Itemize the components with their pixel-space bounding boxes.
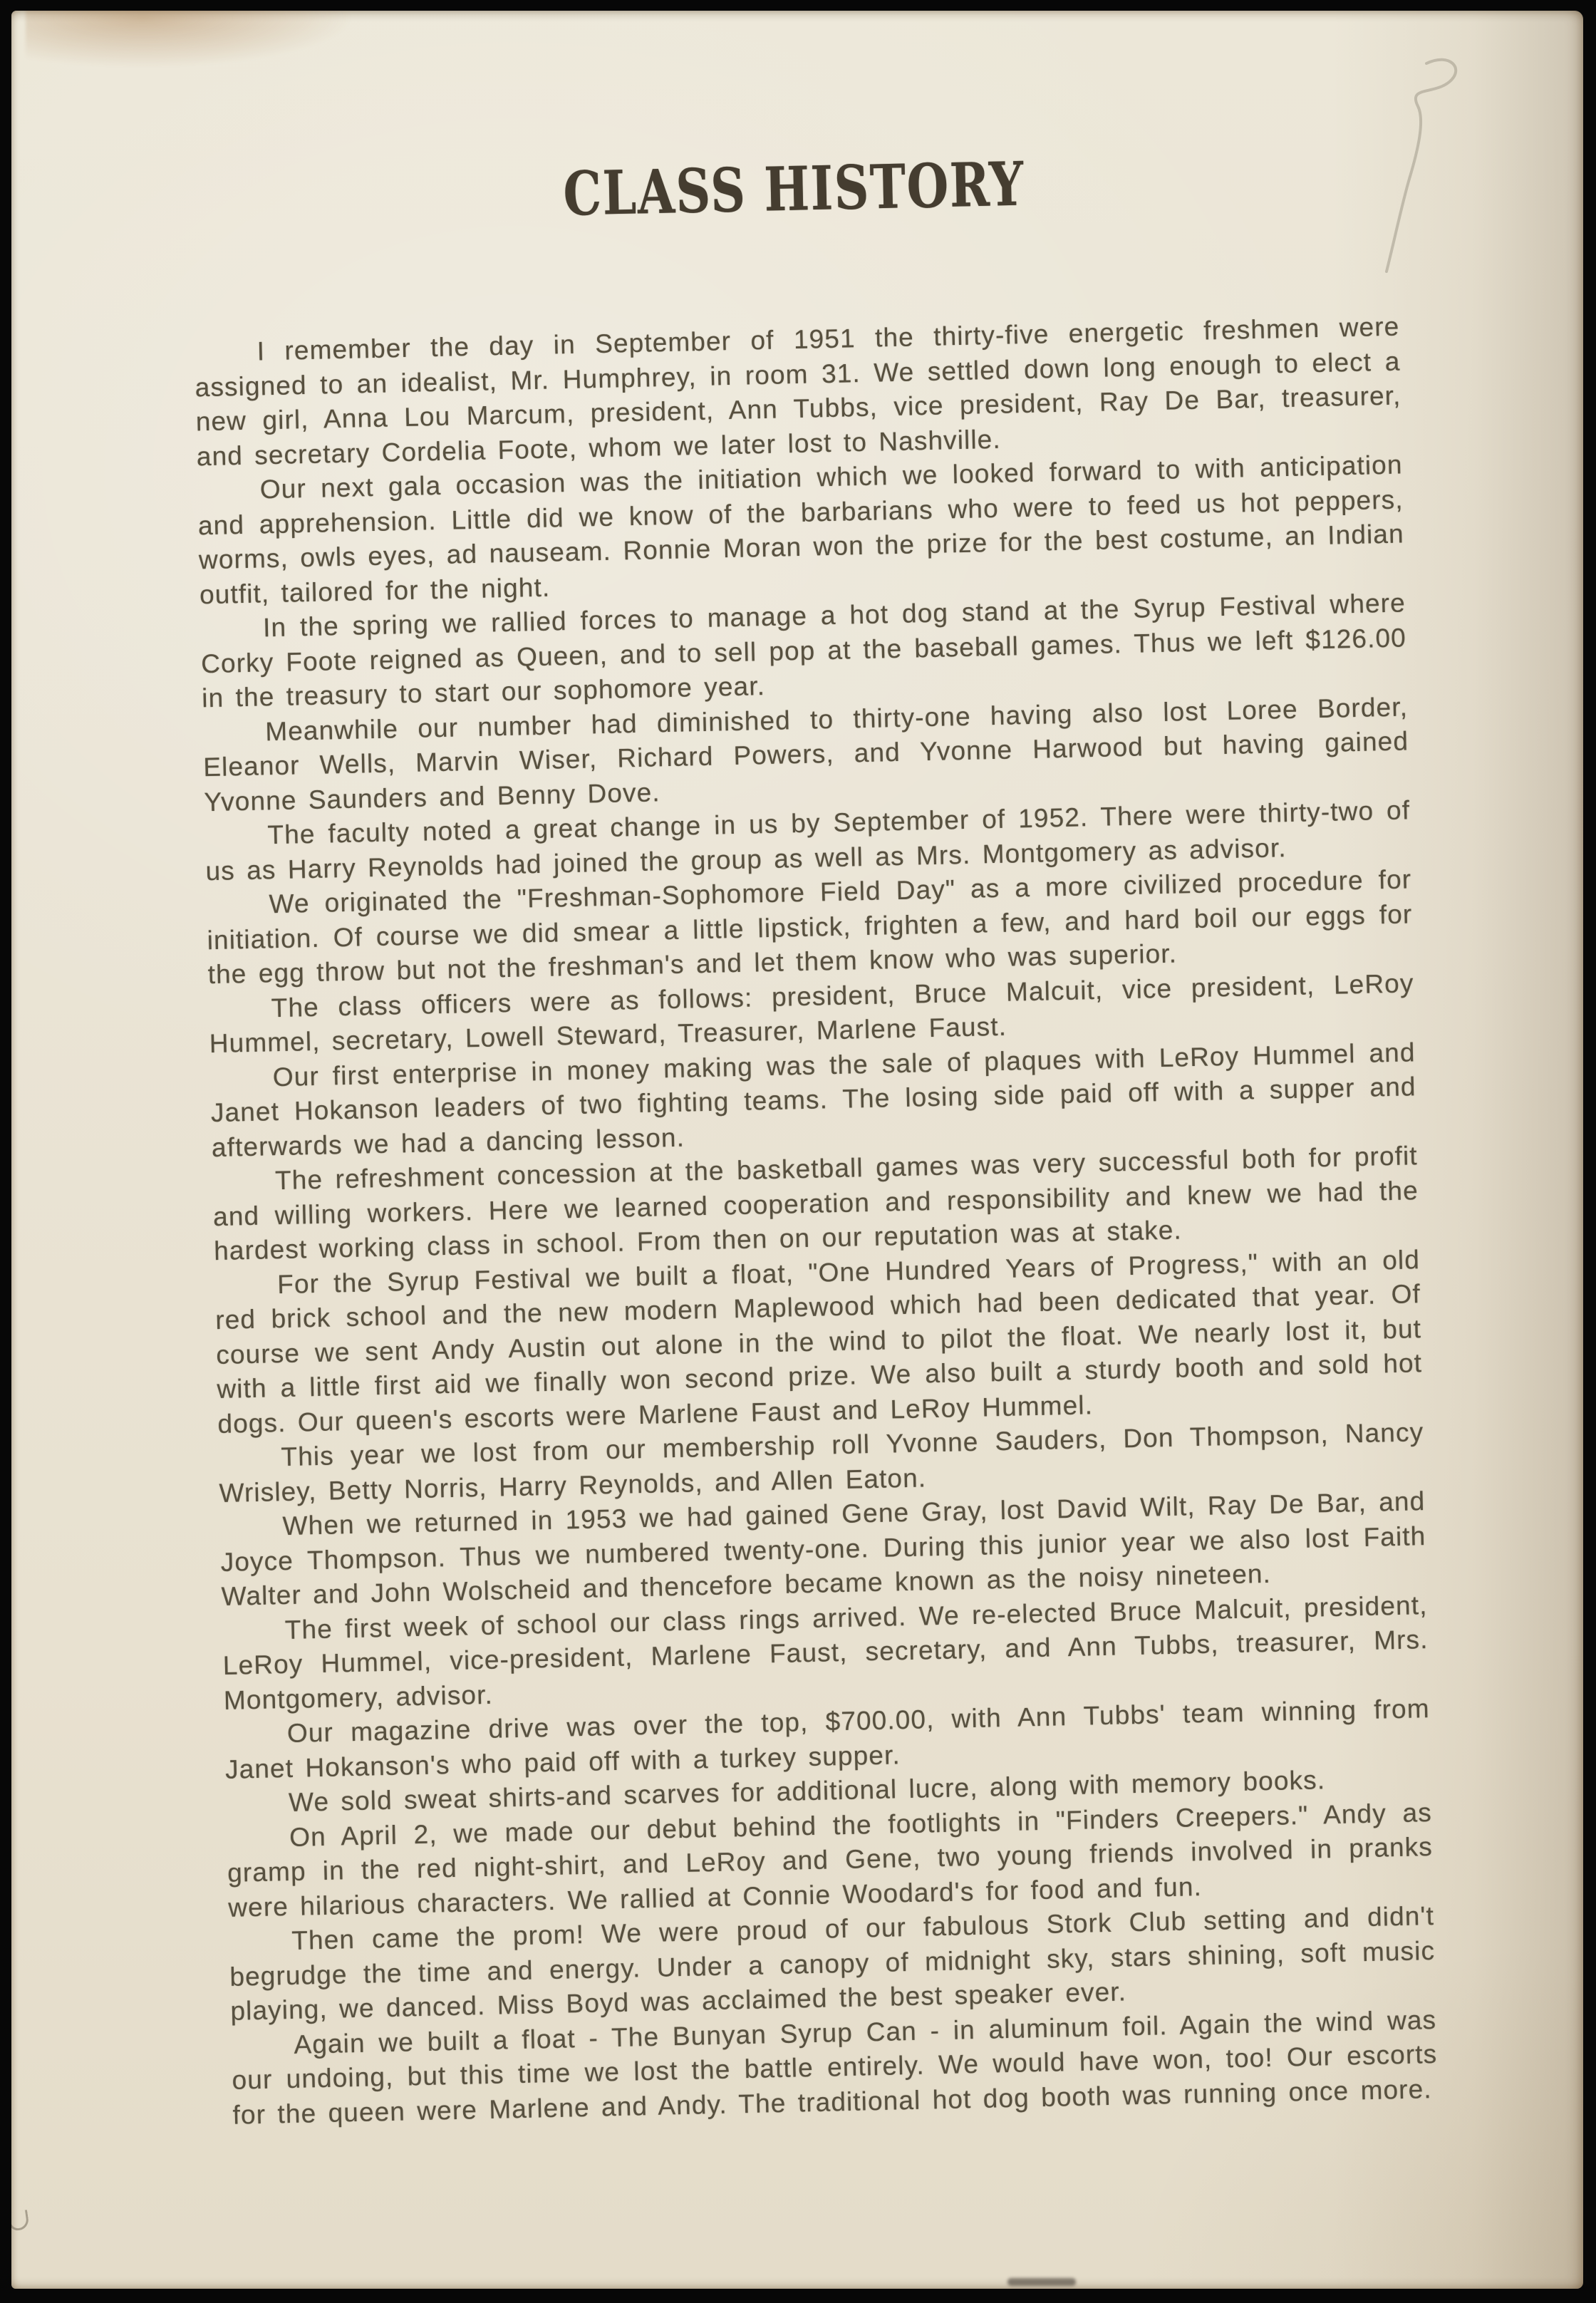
pencil-u-mark bbox=[11, 2210, 30, 2232]
class-history-text: I remember the day in September of 1951 … bbox=[194, 309, 1439, 2132]
history-paragraph: I remember the day in September of 1951 … bbox=[194, 309, 1402, 474]
history-paragraph: For the Syrup Festival we built a float,… bbox=[214, 1243, 1424, 1442]
page-title: CLASS HISTORY bbox=[190, 148, 1396, 231]
history-paragraph: Our next gala occasion was the initiatio… bbox=[197, 447, 1405, 612]
page-title-text: CLASS HISTORY bbox=[562, 154, 1025, 224]
paper-stain bbox=[26, 11, 361, 69]
scanned-page: { "doc": { "title": "CLASS HISTORY", "pa… bbox=[0, 0, 1596, 2303]
yearbook-page: CLASS HISTORY I remember the day in Sept… bbox=[11, 11, 1583, 2289]
bottom-edge-smudge bbox=[1007, 2278, 1076, 2286]
page-content: CLASS HISTORY I remember the day in Sept… bbox=[190, 148, 1439, 2133]
